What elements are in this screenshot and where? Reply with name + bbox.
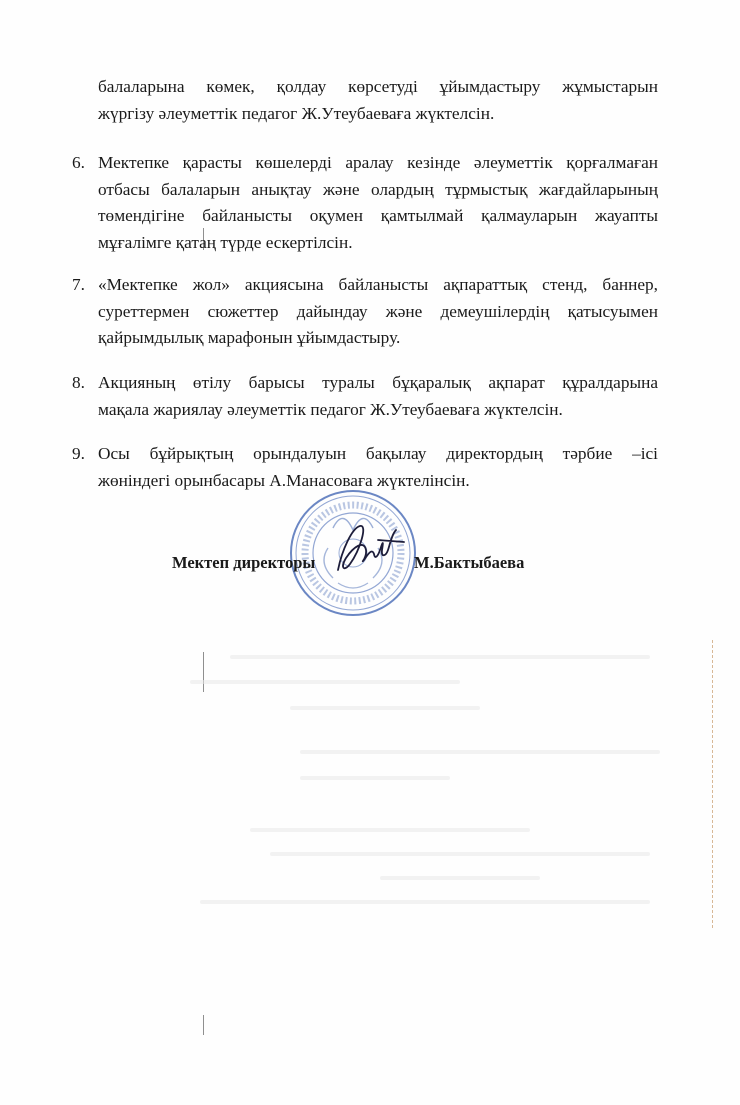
bleed-through-text bbox=[300, 750, 660, 754]
bleed-through-text bbox=[250, 828, 530, 832]
text-line: балаларына көмек, қолдау көрсетуді ұйымд… bbox=[98, 74, 658, 101]
signatory-name: М.Бактыбаева bbox=[414, 553, 524, 573]
text-line: Акцияның өтілу барысы туралы бұқаралық а… bbox=[98, 370, 658, 397]
list-item-number: 6. bbox=[72, 150, 85, 177]
text-line: Осы бұйрықтың орындалуын бақылау директо… bbox=[98, 441, 658, 468]
text-line: суреттермен сюжеттер дайындау және демеу… bbox=[98, 299, 658, 326]
text-line: Мектепке қарасты көшелерді аралау кезінд… bbox=[98, 150, 658, 177]
list-item-number: 9. bbox=[72, 441, 85, 468]
text-line: мұғалімге қатаң түрде ескертілсін. bbox=[98, 230, 658, 257]
bleed-through-text bbox=[200, 900, 650, 904]
text-line: отбасы балаларын анықтау және олардың тұ… bbox=[98, 177, 658, 204]
bleed-through-text bbox=[190, 680, 460, 684]
text-line: «Мектепке жол» акциясына байланысты ақпа… bbox=[98, 272, 658, 299]
document-page: балаларына көмек, қолдау көрсетуді ұйымд… bbox=[0, 0, 740, 1105]
page-edge-artifact bbox=[712, 640, 713, 930]
bleed-through-text bbox=[290, 706, 480, 710]
bleed-through-text bbox=[270, 852, 650, 856]
signatory-title: Мектеп директоры bbox=[172, 553, 315, 573]
text-line: қайрымдылық марафонын ұйымдастыру. bbox=[98, 325, 658, 352]
list-item-7: «Мектепке жол» акциясына байланысты ақпа… bbox=[98, 272, 658, 352]
text-line: төмендігіне байланысты оқумен қамтылмай … bbox=[98, 203, 658, 230]
list-item-number: 8. bbox=[72, 370, 85, 397]
list-item-9: Осы бұйрықтың орындалуын бақылау директо… bbox=[98, 441, 658, 494]
bleed-through-text bbox=[380, 876, 540, 880]
text-line: мақала жариялау әлеуметтік педагог Ж.Уте… bbox=[98, 397, 658, 424]
text-line: жүргізу әлеуметтік педагог Ж.Утеубаеваға… bbox=[98, 101, 658, 128]
scan-artifact-mark bbox=[203, 1015, 204, 1035]
bleed-through-text bbox=[230, 655, 650, 659]
scan-artifact-mark bbox=[203, 652, 204, 692]
list-item-6: Мектепке қарасты көшелерді аралау кезінд… bbox=[98, 150, 658, 256]
bleed-through-text bbox=[300, 776, 450, 780]
continuation-paragraph: балаларына көмек, қолдау көрсетуді ұйымд… bbox=[98, 74, 658, 127]
list-item-number: 7. bbox=[72, 272, 85, 299]
handwritten-signature-icon bbox=[330, 520, 410, 580]
list-item-8: Акцияның өтілу барысы туралы бұқаралық а… bbox=[98, 370, 658, 423]
